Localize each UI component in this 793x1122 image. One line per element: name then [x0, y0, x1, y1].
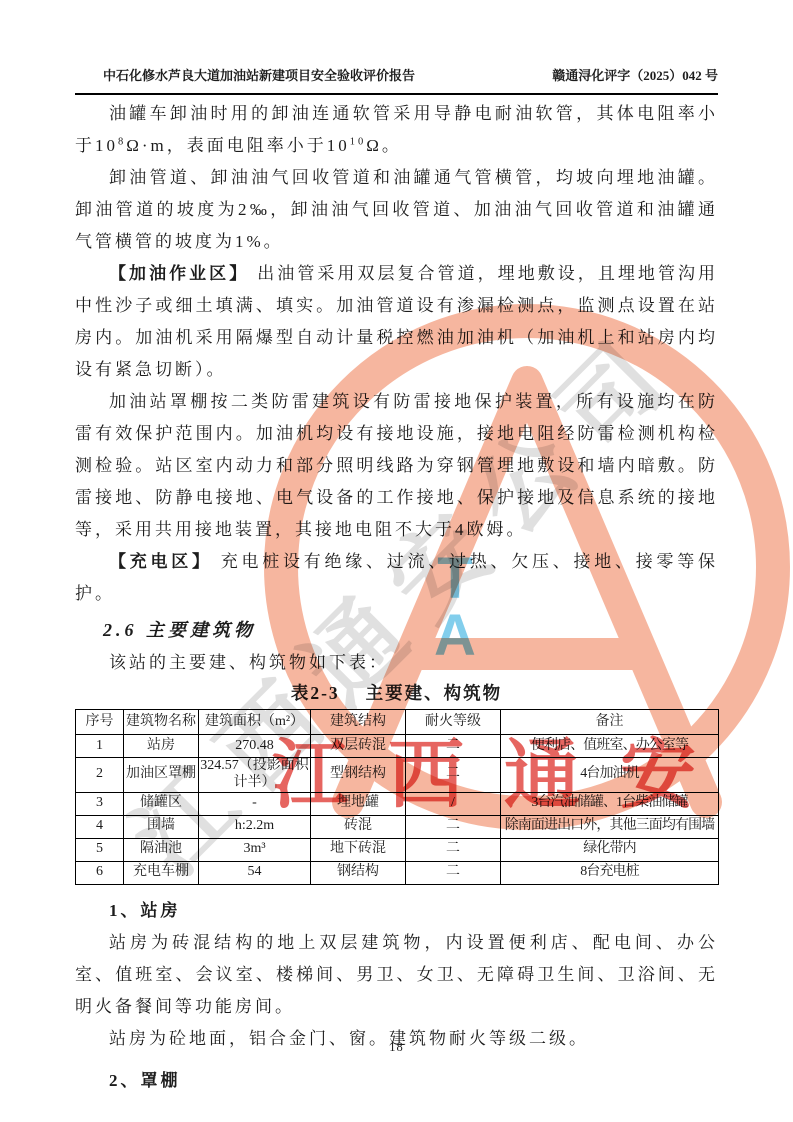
table-cell: 3台汽油储罐、1台柴油储罐: [501, 792, 719, 815]
table-cell: h:2.2m: [199, 815, 311, 838]
paragraph-refueling-area: 【加油作业区】出油管采用双层复合管道，埋地敷设，且埋地管沟用中性沙子或细土填满、…: [75, 258, 718, 386]
subsection-heading-station: 1、站房: [75, 895, 718, 927]
text-run: Ω·m，表面电阻率小于10: [126, 136, 350, 155]
table-cell: 3: [76, 792, 124, 815]
table-cell: 地下砖混: [311, 838, 406, 861]
table-cell: 加油区罩棚: [124, 758, 199, 793]
table-cell: 3m³: [199, 838, 311, 861]
section-heading-main-buildings: 2.6 主要建筑物: [103, 613, 718, 647]
table-cell: 站房: [124, 735, 199, 758]
column-header: 耐火等级: [406, 710, 501, 735]
header-document-number: 赣通浔化评字（2025）042 号: [552, 66, 718, 86]
zone-label-refueling: 【加油作业区】: [109, 264, 249, 283]
column-header: 建筑面积（m²）: [199, 710, 311, 735]
table-cell: 二: [406, 735, 501, 758]
superscript: 10: [350, 136, 367, 147]
table-cell: 埋地罐: [311, 792, 406, 815]
buildings-table: 序号建筑物名称建筑面积（m²）建筑结构耐火等级备注 1站房270.48双层砖混二…: [75, 709, 719, 885]
paragraph-unloading-hose: 油罐车卸油时用的卸油连通软管采用导静电耐油软管，其体电阻率小于108Ω·m，表面…: [75, 98, 718, 162]
paragraph-pipeline-slope: 卸油管道、卸油油气回收管道和油罐通气管横管，均坡向埋地油罐。卸油管道的坡度为2‰…: [75, 162, 718, 258]
table-cell: 二: [406, 758, 501, 793]
table-cell: 4: [76, 815, 124, 838]
paragraph-charging-area: 【充电区】充电桩设有绝缘、过流、过热、欠压、接地、接零等保护。: [75, 546, 718, 610]
table-cell: 便利店、值班室、办公室等: [501, 735, 719, 758]
document-body: 油罐车卸油时用的卸油连通软管采用导静电耐油软管，其体电阻率小于108Ω·m，表面…: [75, 98, 718, 1097]
table-cell: 2: [76, 758, 124, 793]
page-number: 18: [0, 1040, 793, 1055]
table-cell: 除南面进出口外，其他三面均有围墙: [501, 815, 719, 838]
table-caption-title: 主要建、构筑物: [366, 683, 503, 703]
page-header: 中石化修水芦良大道加油站新建项目安全验收评价报告 赣通浔化评字（2025）042…: [75, 66, 718, 86]
table-cell: 4台加油机: [501, 758, 719, 793]
table-body: 1站房270.48双层砖混二便利店、值班室、办公室等2加油区罩棚324.57（投…: [76, 735, 719, 885]
table-cell: 6: [76, 861, 124, 884]
table-cell: 绿化带内: [501, 838, 719, 861]
table-cell: 充电车棚: [124, 861, 199, 884]
table-cell: 54: [199, 861, 311, 884]
subsection-heading-canopy: 2、罩棚: [75, 1065, 718, 1097]
table-row: 5隔油池3m³地下砖混二绿化带内: [76, 838, 719, 861]
column-header: 备注: [501, 710, 719, 735]
zone-label-charging: 【充电区】: [109, 552, 213, 571]
table-cell: /: [406, 792, 501, 815]
table-caption-number: 表2-3: [291, 683, 340, 703]
table-cell: 钢结构: [311, 861, 406, 884]
table-row: 1站房270.48双层砖混二便利店、值班室、办公室等: [76, 735, 719, 758]
document-page: 中石化修水芦良大道加油站新建项目安全验收评价报告 赣通浔化评字（2025）042…: [0, 0, 793, 1122]
paragraph-station-rooms: 站房为砖混结构的地上双层建筑物，内设置便利店、配电间、办公室、值班室、会议室、楼…: [75, 927, 718, 1023]
table-row: 3储罐区-埋地罐/3台汽油储罐、1台柴油储罐: [76, 792, 719, 815]
superscript: 8: [118, 136, 126, 147]
table-row: 4围墙h:2.2m砖混二除南面进出口外，其他三面均有围墙: [76, 815, 719, 838]
table-cell: 二: [406, 861, 501, 884]
column-header: 序号: [76, 710, 124, 735]
header-report-title: 中石化修水芦良大道加油站新建项目安全验收评价报告: [103, 66, 415, 86]
table-cell: 270.48: [199, 735, 311, 758]
table-row: 2加油区罩棚324.57（投影面积计半）型钢结构二4台加油机: [76, 758, 719, 793]
table-row: 6充电车棚54钢结构二8台充电桩: [76, 861, 719, 884]
table-cell: 1: [76, 735, 124, 758]
table-cell: 二: [406, 838, 501, 861]
table-cell: -: [199, 792, 311, 815]
text-run: Ω。: [366, 136, 402, 155]
table-cell: 5: [76, 838, 124, 861]
table-header-row: 序号建筑物名称建筑面积（m²）建筑结构耐火等级备注: [76, 710, 719, 735]
table-cell: 二: [406, 815, 501, 838]
paragraph-table-intro: 该站的主要建、构筑物如下表：: [75, 647, 718, 679]
table-caption: 表2-3主要建、构筑物: [75, 679, 718, 708]
table-cell: 双层砖混: [311, 735, 406, 758]
table-cell: 储罐区: [124, 792, 199, 815]
table-cell: 砖混: [311, 815, 406, 838]
table-cell: 隔油池: [124, 838, 199, 861]
table-cell: 324.57（投影面积计半）: [199, 758, 311, 793]
header-divider: [75, 93, 718, 95]
table-cell: 型钢结构: [311, 758, 406, 793]
table-cell: 8台充电桩: [501, 861, 719, 884]
paragraph-lightning-protection: 加油站罩棚按二类防雷建筑设有防雷接地保护装置，所有设施均在防雷有效保护范围内。加…: [75, 386, 718, 546]
table-cell: 围墙: [124, 815, 199, 838]
column-header: 建筑结构: [311, 710, 406, 735]
column-header: 建筑物名称: [124, 710, 199, 735]
